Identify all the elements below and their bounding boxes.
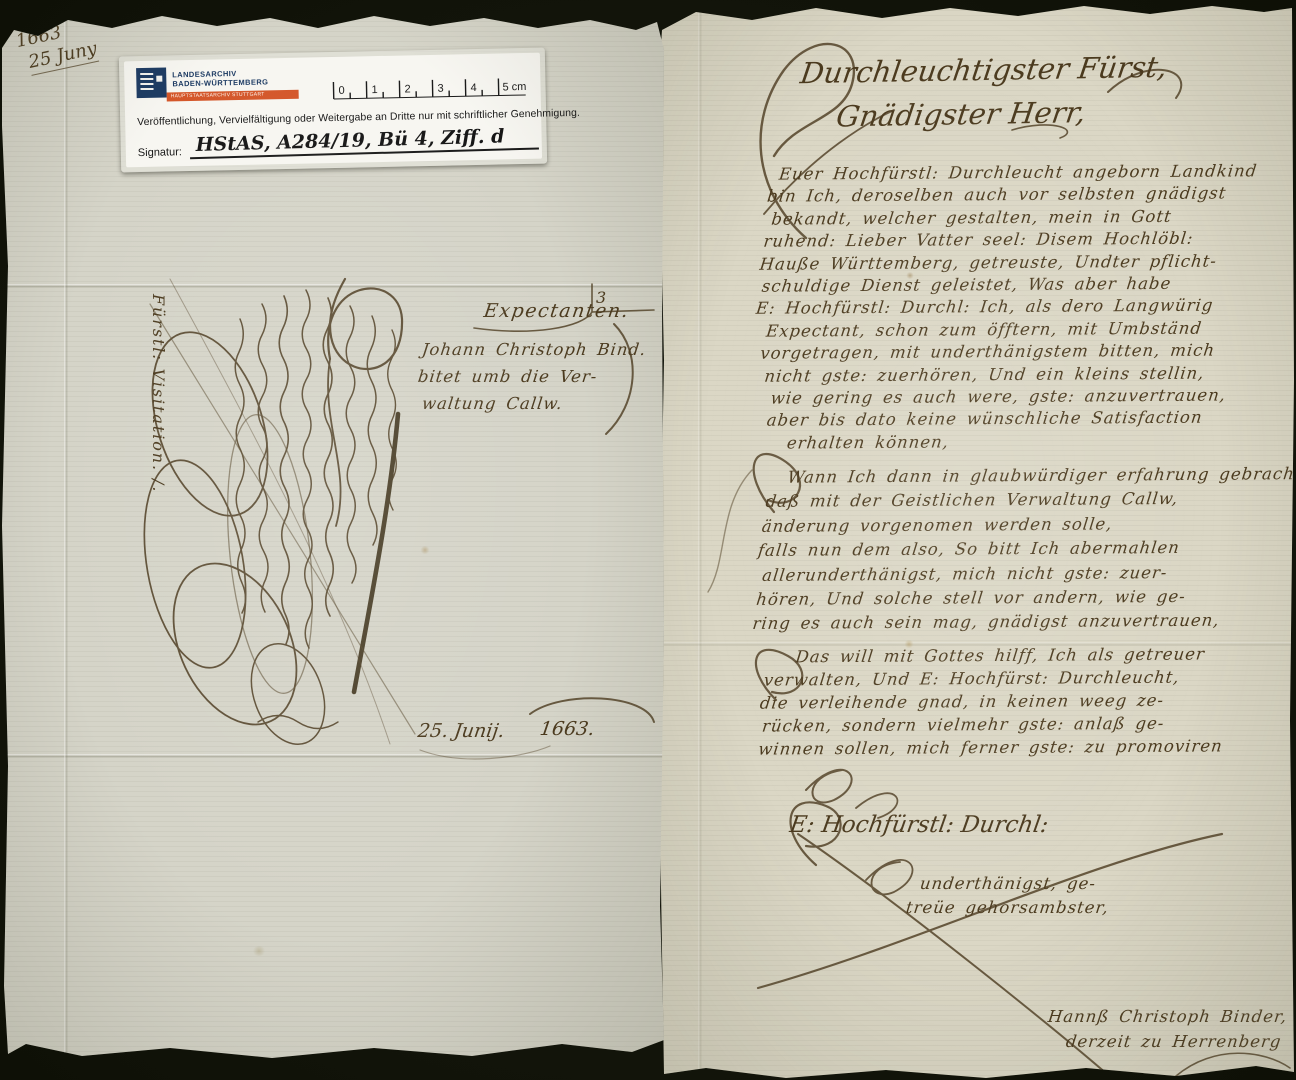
manuscript-line: erhalten können, xyxy=(786,429,1261,455)
manuscript-line: Expectant, schon zum öfftern, mit Umbstä… xyxy=(765,317,1260,343)
manuscript-line: underthänigst, ge- xyxy=(919,872,1111,896)
cm-ruler: 0 1 2 3 4 5 cm xyxy=(330,74,529,104)
manuscript-scan: 1663 25 Juny LANDESARCHIV BADEN-WÜRTTEMB… xyxy=(0,0,1296,1080)
manuscript-line: verwalten, Und E: Hochfürst: Durchleucht… xyxy=(763,665,1224,691)
signature-place: derzeit zu Herrenberg xyxy=(1064,1029,1288,1054)
vertical-filing-note: Fürstl: Visitation. /. xyxy=(149,294,168,493)
paper-stain xyxy=(420,546,430,554)
manuscript-line: schuldige Dienst geleistet, Was aber hab… xyxy=(761,272,1260,298)
salutation-line1: Durchleuchtigster Fürst, xyxy=(798,45,1171,95)
ruler-ticks xyxy=(333,78,525,99)
expectant-note-lines: Johann Christoph Bind. bitet umb die Ver… xyxy=(422,336,646,417)
manuscript-line: vorgetragen, mit underthänigstem bitten,… xyxy=(759,339,1260,365)
manuscript-line: bitet umb die Ver- xyxy=(416,363,648,390)
logo-orange-bar: HAUPTSTAATSARCHIV STUTTGART xyxy=(167,90,299,102)
manuscript-line: winnen sollen, mich ferner gste: zu prom… xyxy=(757,734,1224,760)
paragraph-1: Euer Hochfürstl: Durchleucht angeborn La… xyxy=(755,160,1259,455)
manuscript-line: bekandt, welcher gestalten, mein in Gott xyxy=(770,205,1259,231)
logo-line2: BADEN-WÜRTTEMBERG xyxy=(172,77,298,89)
logo-line1: LANDESARCHIV xyxy=(172,68,298,80)
manuscript-line: waltung Callw. xyxy=(420,390,648,417)
manuscript-line: E: Hochfürstl: Durchl: Ich, als dero Lan… xyxy=(755,295,1260,321)
manuscript-line: änderung vorgenomen werden solle, xyxy=(760,511,1294,539)
logo-bars-icon xyxy=(140,73,153,92)
manuscript-line: treüe gehorsambster, xyxy=(905,896,1111,920)
signature-name: Hannß Christoph Binder, xyxy=(1046,1004,1288,1029)
left-page: 1663 25 Juny LANDESARCHIV BADEN-WÜRTTEMB… xyxy=(2,6,664,1068)
signatur-label: Signatur: xyxy=(138,146,182,159)
archive-label-inner: LANDESARCHIV BADEN-WÜRTTEMBERG HAUPTSTAA… xyxy=(124,53,542,168)
fold-crease xyxy=(2,284,664,289)
logo-dot-icon xyxy=(156,76,162,82)
signatur-value: HStAS, A284/19, Bü 4, Ziff. d xyxy=(189,124,538,159)
paper-stain xyxy=(904,640,914,648)
corner-date-year: 1663 xyxy=(14,14,94,53)
salutation: Durchleuchtigster Fürst, Gnädigster Herr… xyxy=(791,45,1170,139)
manuscript-line: nicht gste: zuerhören, Und ein kleins st… xyxy=(763,362,1260,388)
manuscript-line: die verleihende gnad, in keinen weeg ze- xyxy=(759,688,1224,714)
fold-crease xyxy=(2,754,664,759)
paragraph-2: Wann Ich dann in glaubwürdiger erfahrung… xyxy=(751,462,1294,637)
fold-crease xyxy=(656,642,1294,647)
folio-number: 3 xyxy=(596,288,606,307)
paragraph-3: Das will mit Gottes hilff, Ich als getre… xyxy=(756,642,1223,760)
landesarchiv-logo-icon xyxy=(136,67,167,98)
manuscript-line: aber bis dato keine wünschliche Satisfac… xyxy=(765,407,1260,433)
ruler-4: 4 xyxy=(470,82,476,94)
manuscript-line: ring es auch sein mag, gnädigst anzuvert… xyxy=(751,608,1294,636)
manuscript-line: Wann Ich dann in glaubwürdiger erfahrung… xyxy=(786,462,1294,490)
manuscript-line: Euer Hochfürstl: Durchleucht angeborn La… xyxy=(778,160,1259,186)
docket-date-day: 25. Junij. xyxy=(416,720,505,742)
paper-stain xyxy=(906,272,914,279)
cancelled-draft-script xyxy=(140,264,440,764)
signature-block: Hannß Christoph Binder, derzeit zu Herre… xyxy=(1048,1004,1287,1054)
closing-address: E: Hochfürstl: Durchl: xyxy=(788,812,1050,838)
closing-formula: underthänigst, ge- treüe gehorsambster, xyxy=(920,872,1109,920)
docket-date-year: 1663. xyxy=(538,718,595,740)
expectant-heading: Expectanten. xyxy=(482,300,630,322)
salutation-line2: Gnädigster Herr, xyxy=(833,89,1163,139)
ruler-3: 3 xyxy=(437,83,443,95)
permission-text: Veröffentlichung, Vervielfältigung oder … xyxy=(137,109,529,128)
manuscript-line: rücken, sondern vielmehr gste: anlaß ge- xyxy=(761,711,1224,737)
manuscript-line: daß mit der Geistlichen Verwaltung Callw… xyxy=(764,486,1294,514)
ruler-0: 0 xyxy=(338,85,344,97)
manuscript-line: falls nun dem also, So bitt Ich abermahl… xyxy=(757,535,1294,563)
manuscript-line: hören, Und solche stell vor andern, wie … xyxy=(755,584,1294,612)
manuscript-line: Johann Christoph Bind. xyxy=(420,336,648,363)
manuscript-line: Hauße Württemberg, getreuste, Undter pfl… xyxy=(758,250,1259,276)
left-page-flourishes xyxy=(2,6,664,1068)
ruler-unit: 5 cm xyxy=(502,81,526,93)
manuscript-line: wie gering es auch were, gste: anzuvertr… xyxy=(769,384,1260,410)
paper-stain xyxy=(252,946,266,956)
manuscript-line: allerunderthänigst, mich nicht gste: zue… xyxy=(761,560,1294,588)
ruler-1: 1 xyxy=(371,84,377,96)
right-page: Durchleuchtigster Fürst, Gnädigster Herr… xyxy=(656,0,1294,1080)
manuscript-line: ruhend: Lieber Vatter seel: Disem Hochlö… xyxy=(762,227,1259,253)
logo-text-block: LANDESARCHIV BADEN-WÜRTTEMBERG HAUPTSTAA… xyxy=(166,65,299,102)
manuscript-line: Das will mit Gottes hilff, Ich als getre… xyxy=(794,642,1223,668)
corner-date-note: 1663 25 Juny xyxy=(14,14,99,77)
ruler-2: 2 xyxy=(404,83,410,95)
right-page-flourishes xyxy=(656,0,1294,1080)
manuscript-line: bin Ich, deroselben auch vor selbsten gn… xyxy=(766,183,1259,209)
corner-date-day: 25 Juny xyxy=(26,37,99,76)
fold-crease xyxy=(698,0,703,1080)
fold-crease xyxy=(64,6,69,1068)
archive-label: LANDESARCHIV BADEN-WÜRTTEMBERG HAUPTSTAA… xyxy=(119,48,547,173)
